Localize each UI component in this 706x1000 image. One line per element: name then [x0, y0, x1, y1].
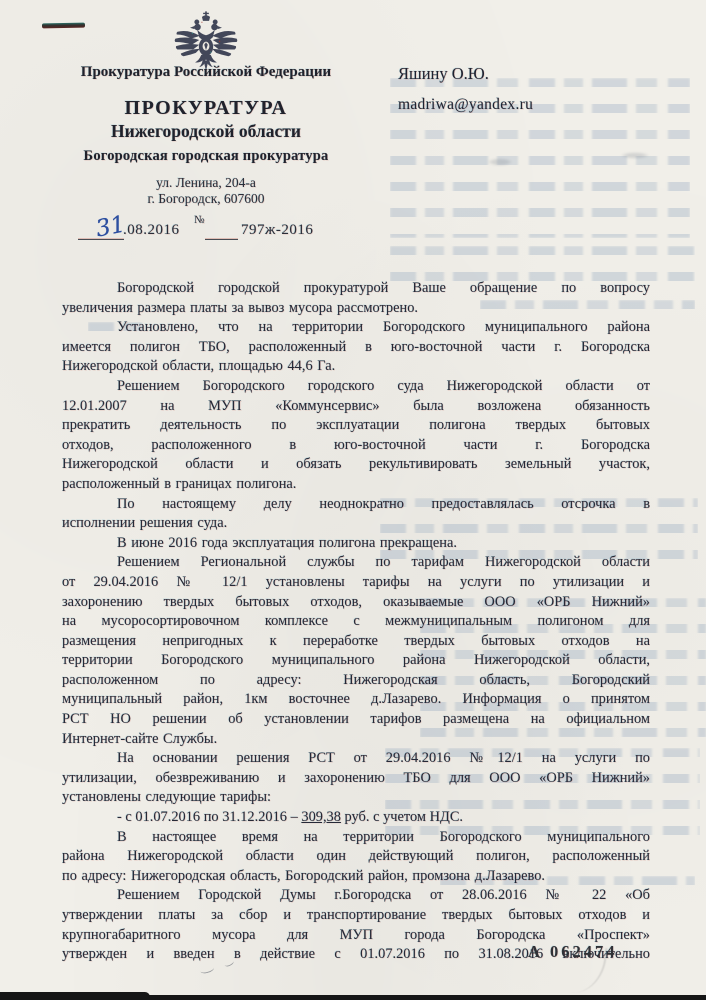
- form-serial-number: А 062474: [528, 942, 618, 962]
- org-unit: Богородская городская прокуратура: [60, 148, 352, 165]
- text-line: утверждении платы за сбор и транспортиро…: [62, 906, 650, 926]
- letter-body: Богородской городской прокуратурой Ваше …: [62, 279, 650, 965]
- text-line: расположенном по адресу: Нижегородская о…: [62, 671, 650, 691]
- text-line: Нижегородской области, площадью 44,6 Га.: [62, 357, 650, 377]
- text-line: В июне 2016 года эксплуатация полигона п…: [62, 534, 650, 554]
- paragraph-landfill: Установлено, что на территории Богородск…: [62, 318, 650, 377]
- text-line: размещения непригодных к переработке тве…: [62, 632, 650, 652]
- paragraph-postponement: По настоящему делу неоднократно предоста…: [62, 495, 650, 534]
- text-line: 12.01.2007 на МУП «Коммунсервис» была во…: [62, 397, 650, 417]
- text-line: Установлено, что на территории Богородск…: [62, 318, 650, 338]
- text-line: имеется полигон ТБО, расположенный в юго…: [62, 338, 650, 358]
- addressee-email: madriwa@yandex.ru: [398, 96, 533, 114]
- org-federation-line: Прокуратура Российской Федерации: [60, 64, 352, 81]
- org-region: Нижегородской области: [60, 121, 352, 142]
- text-line: По настоящему делу неоднократно предоста…: [62, 495, 650, 515]
- pen-mark: [199, 964, 214, 974]
- text-line: прекратить деятельность по эксплуатации …: [62, 416, 650, 436]
- text-line: захоронению твердых бытовых отходов, ока…: [62, 593, 650, 613]
- number-blank-underline: [205, 239, 238, 240]
- paragraph-current-landfill: В настоящее время на территории Богородс…: [62, 828, 650, 887]
- tariff-value: 309,38: [301, 809, 341, 825]
- scan-smudge: [620, 152, 650, 159]
- text-line: На основании решения РСТ от 29.04.2016 №…: [62, 749, 650, 769]
- scanned-letter-page: Прокуратура Российской Федерации ПРОКУРА…: [0, 0, 706, 1000]
- text-line: Нижегородской области и обязать рекульти…: [62, 455, 650, 475]
- text-line: установлены следующие тарифы:: [62, 788, 650, 808]
- paragraph-rst-decision: На основании решения РСТ от 29.04.2016 №…: [62, 749, 650, 808]
- text-line: РСТ НО решении об установлении тарифов р…: [62, 710, 650, 730]
- text-line: отходов, расположенного в юго-восточной …: [62, 436, 650, 456]
- text-line: от 29.04.2016 № 12/1 установлены тарифы …: [62, 573, 650, 593]
- paragraph-intro: Богородской городской прокуратурой Ваше …: [62, 279, 650, 318]
- reference-line: 31 .08.2016 № 797ж-2016: [78, 220, 378, 250]
- text-line: Решением Богородского городского суда Ни…: [62, 377, 650, 397]
- text-line: увеличения размера платы за вывоз мусора…: [62, 299, 650, 319]
- org-address-street: ул. Ленина, 204-а: [60, 175, 352, 191]
- paragraph-closure: В июне 2016 года эксплуатация полигона п…: [62, 534, 650, 554]
- text-line: расположенный в границах полигона.: [62, 475, 650, 495]
- text-line: Решением Городской Думы г.Богородска от …: [62, 886, 650, 906]
- text-line: на мусоросортировочном комплексе с межму…: [62, 612, 650, 632]
- text-line: Решением Региональной службы по тарифам …: [62, 553, 650, 573]
- text-line: территории Богородского муниципального р…: [62, 651, 650, 671]
- org-name: ПРОКУРАТУРА: [60, 97, 352, 120]
- text-line: района Нижегородской области один действ…: [62, 847, 650, 867]
- text-line: муниципальный район, 1км восточнее д.Лаз…: [62, 690, 650, 710]
- text-line: исполнении решения суда.: [62, 514, 650, 534]
- org-address-city: г. Богородск, 607600: [60, 191, 352, 207]
- document-number: 797ж-2016: [241, 222, 313, 239]
- scan-smudge: [487, 158, 513, 166]
- text-line: Интернет-сайте Службы.: [62, 730, 650, 750]
- tariff-prefix: - с 01.07.2016 по 31.12.2016 –: [117, 809, 301, 825]
- addressee-name: Яшину О.Ю.: [398, 64, 489, 84]
- text-line: В настоящее время на территории Богородс…: [62, 828, 650, 848]
- scan-artifact-dash: [42, 23, 85, 29]
- paragraph-tariff-decision: Решением Региональной службы по тарифам …: [62, 553, 650, 749]
- tariff-line: - с 01.07.2016 по 31.12.2016 – 309,38 ру…: [62, 808, 650, 828]
- text-line: Богородской городской прокуратурой Ваше …: [62, 279, 650, 299]
- tariff-suffix: руб. с учетом НДС.: [341, 809, 463, 825]
- number-sign: №: [194, 214, 205, 226]
- text-line: по адресу: Нижегородская область, Богоро…: [62, 867, 650, 887]
- date-printed: .08.2016: [123, 222, 180, 239]
- paragraph-court-ruling: Решением Богородского городского суда Ни…: [62, 377, 650, 495]
- scan-edge: [0, 992, 150, 1000]
- text-line: утилизации, обезвреживанию и захоронению…: [62, 769, 650, 789]
